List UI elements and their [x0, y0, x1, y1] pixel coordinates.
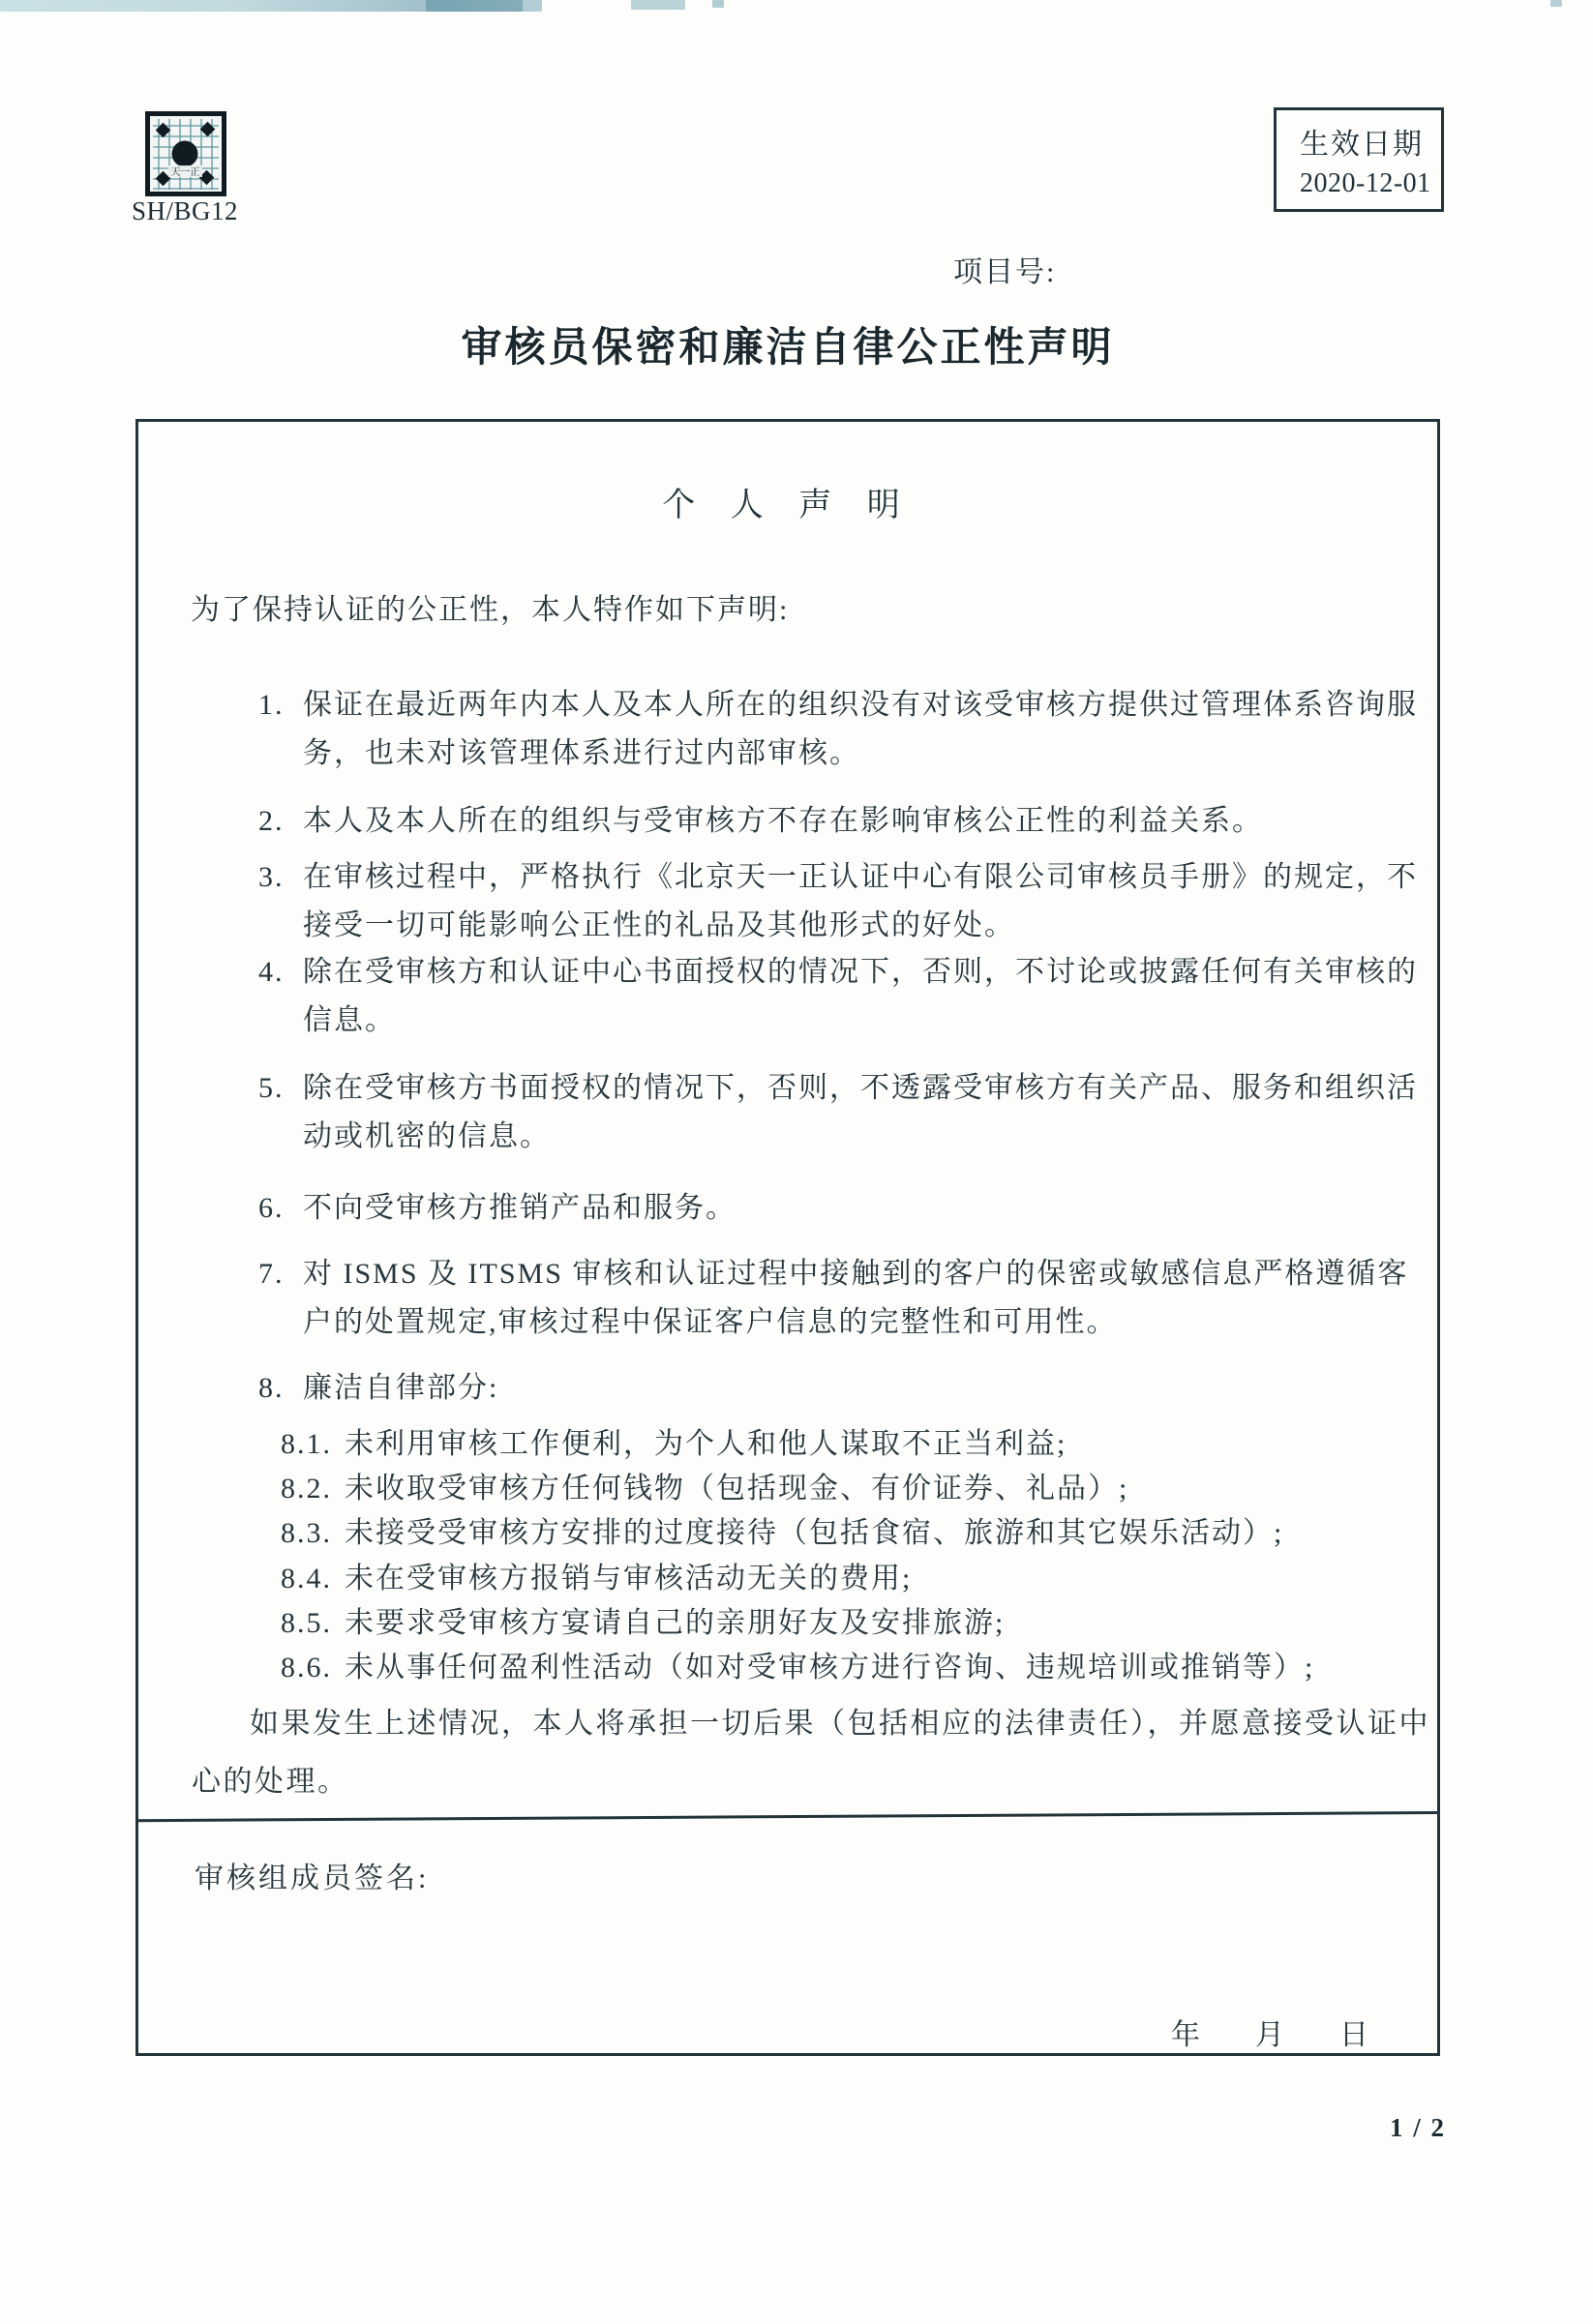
- scan-artifact-strip: [1550, 0, 1562, 7]
- declaration-subitem-8-5: 8.5. 未要求受审核方宴请自己的亲朋好友及安排旅游;: [281, 1599, 1419, 1648]
- logo-text: 天一正: [171, 166, 200, 178]
- declaration-subitem-8-6: 8.6. 未从事任何盈利性活动（如对受审核方进行咨询、违规培训或推销等）;: [281, 1644, 1419, 1692]
- declaration-subitem-8-1: 8.1. 未利用审核工作便利，为个人和他人谋取不正当利益;: [281, 1420, 1419, 1469]
- form-code-label: SH/BG12: [132, 196, 248, 226]
- document-title: 审核员保密和廉洁自律公正性声明: [135, 315, 1440, 373]
- item-text: 廉洁自律部分:: [303, 1364, 1433, 1413]
- declaration-item-7: 7. 对 ISMS 及 ITSMS 审核和认证过程中接触到的客户的保密或敏感信息…: [258, 1250, 1433, 1347]
- date-placeholder-line: 年 月 日: [1171, 2011, 1368, 2053]
- declaration-item-2: 2. 本人及本人所在的组织与受审核方不存在影响审核公正性的利益关系。: [258, 797, 1433, 846]
- subitem-text: 未接受受审核方安排的过度接待（包括食宿、旅游和其它娱乐活动）;: [345, 1509, 1419, 1558]
- scan-artifact-strip: [631, 0, 685, 10]
- declaration-heading: 个 人 声 明: [135, 478, 1440, 525]
- declaration-item-5: 5. 除在受审核方书面授权的情况下，否则，不透露受审核方有关产品、服务和组织活动…: [258, 1064, 1433, 1161]
- declaration-item-8: 8. 廉洁自律部分:: [258, 1364, 1433, 1413]
- subitem-text: 未在受审核方报销与审核活动无关的费用;: [345, 1555, 1419, 1603]
- item-number: 6.: [258, 1184, 303, 1233]
- declaration-subitem-8-3: 8.3. 未接受受审核方安排的过度接待（包括食宿、旅游和其它娱乐活动）;: [281, 1509, 1419, 1558]
- date-month-label: 月: [1255, 2011, 1284, 2053]
- declaration-subitem-8-2: 8.2. 未收取受审核方任何钱物（包括现金、有价证券、礼品）;: [281, 1465, 1419, 1513]
- item-text: 本人及本人所在的组织与受审核方不存在影响审核公正性的利益关系。: [303, 797, 1433, 846]
- item-number: 5.: [258, 1064, 303, 1113]
- item-text: 保证在最近两年内本人及本人所在的组织没有对该受审核方提供过管理体系咨询服务，也未…: [303, 681, 1433, 778]
- signature-label: 审核组成员签名:: [195, 1854, 429, 1896]
- effective-date-value: 2020-12-01: [1300, 165, 1441, 202]
- scanned-document-page: { "header": { "form_code": "SH/BG12", "l…: [0, 0, 1593, 2324]
- declaration-intro: 为了保持认证的公正性，本人特作如下声明:: [191, 586, 1410, 635]
- scan-artifact-strip: [712, 0, 724, 8]
- project-number-label: 项目号:: [953, 248, 1056, 290]
- closing-paragraph: 如果发生上述情况，本人将承担一切后果（包括相应的法律责任），并愿意接受认证中心的…: [192, 1695, 1442, 1811]
- scan-artifact-strip: [426, 0, 523, 12]
- effective-date-label: 生效日期: [1300, 126, 1441, 165]
- subitem-text: 未要求受审核方宴请自己的亲朋好友及安排旅游;: [345, 1599, 1419, 1648]
- item-text: 不向受审核方推销产品和服务。: [303, 1184, 1433, 1233]
- effective-date-box: 生效日期 2020-12-01: [1274, 107, 1444, 212]
- subitem-number: 8.5.: [281, 1599, 345, 1648]
- subitem-number: 8.2.: [281, 1465, 345, 1513]
- subitem-number: 8.3.: [281, 1509, 345, 1558]
- item-number: 7.: [258, 1250, 303, 1298]
- subitem-text: 未收取受审核方任何钱物（包括现金、有价证券、礼品）;: [345, 1465, 1419, 1513]
- item-text: 对 ISMS 及 ITSMS 审核和认证过程中接触到的客户的保密或敏感信息严格遵…: [303, 1250, 1433, 1347]
- date-day-label: 日: [1339, 2011, 1368, 2053]
- item-number: 1.: [258, 681, 303, 730]
- item-number: 3.: [258, 853, 303, 902]
- item-number: 2.: [258, 797, 303, 846]
- declaration-item-1: 1. 保证在最近两年内本人及本人所在的组织没有对该受审核方提供过管理体系咨询服务…: [258, 681, 1433, 778]
- date-year-label: 年: [1171, 2011, 1200, 2053]
- declaration-item-6: 6. 不向受审核方推销产品和服务。: [258, 1184, 1433, 1233]
- item-text: 除在受审核方和认证中心书面授权的情况下，否则，不讨论或披露任何有关审核的信息。: [303, 948, 1433, 1045]
- subitem-number: 8.4.: [281, 1555, 345, 1603]
- item-text: 除在受审核方书面授权的情况下，否则，不透露受审核方有关产品、服务和组织活动或机密…: [303, 1064, 1433, 1161]
- item-number: 4.: [258, 948, 303, 997]
- page-number: 1 / 2: [1390, 2113, 1446, 2143]
- declaration-subitem-8-4: 8.4. 未在受审核方报销与审核活动无关的费用;: [281, 1555, 1419, 1603]
- declaration-item-3: 3. 在审核过程中，严格执行《北京天一正认证中心有限公司审核员手册》的规定，不接…: [258, 853, 1433, 950]
- item-number: 8.: [258, 1364, 303, 1413]
- subitem-number: 8.6.: [281, 1644, 345, 1692]
- subitem-text: 未利用审核工作便利，为个人和他人谋取不正当利益;: [345, 1420, 1419, 1469]
- item-text: 在审核过程中，严格执行《北京天一正认证中心有限公司审核员手册》的规定，不接受一切…: [303, 853, 1433, 950]
- declaration-item-4: 4. 除在受审核方和认证中心书面授权的情况下，否则，不讨论或披露任何有关审核的信…: [258, 948, 1433, 1045]
- subitem-number: 8.1.: [281, 1420, 345, 1469]
- tianyizheng-logo: 天一正: [145, 111, 226, 196]
- subitem-text: 未从事任何盈利性活动（如对受审核方进行咨询、违规培训或推销等）;: [345, 1644, 1419, 1692]
